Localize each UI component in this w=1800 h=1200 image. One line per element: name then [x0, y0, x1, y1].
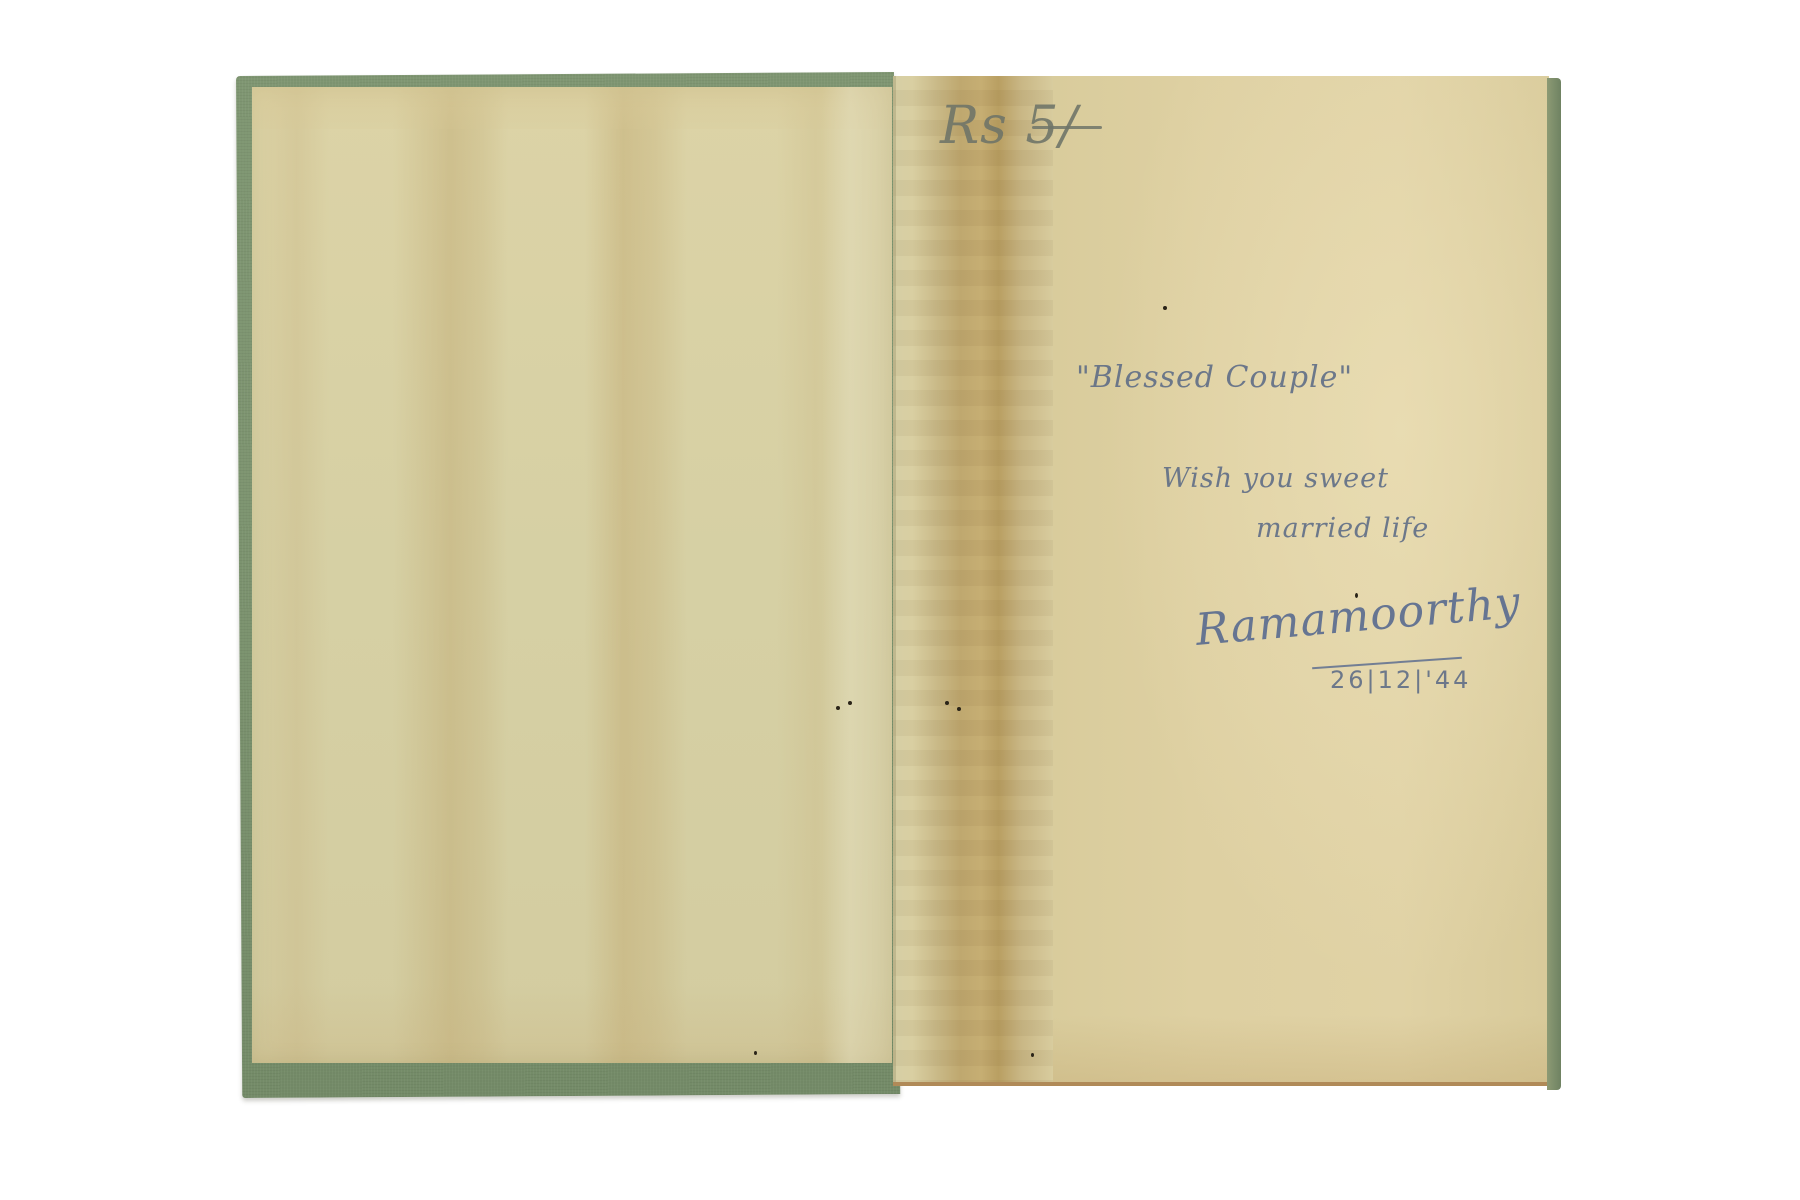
front-pastedown-page [252, 87, 892, 1063]
spine-gutter-stain [893, 76, 1053, 1086]
book-photo: Rs 5/ "Blessed Couple" Wish you sweet ma… [0, 0, 1800, 1200]
inscription-quote: "Blessed Couple" [1076, 360, 1353, 395]
binding-hole [848, 701, 852, 705]
ink-speck [1163, 306, 1167, 310]
price-dash [1032, 126, 1102, 129]
inscription-wish-line-2: married life [1256, 513, 1429, 544]
pastedown-hinge-shadow [822, 87, 892, 1063]
right-cover-edge [1547, 78, 1561, 1090]
binding-hole [957, 707, 961, 711]
page-bottom-edge [893, 1082, 1550, 1086]
ink-speck [1031, 1053, 1034, 1057]
inscription-date: 26|12|'44 [1330, 666, 1471, 694]
ink-speck [754, 1051, 757, 1055]
binding-hole [945, 701, 949, 705]
gutter-fold-line [893, 76, 896, 1086]
inscription-wish-line-1: Wish you sweet [1162, 463, 1389, 494]
pastedown-top-turn-in [252, 87, 892, 129]
binding-hole [836, 706, 840, 710]
